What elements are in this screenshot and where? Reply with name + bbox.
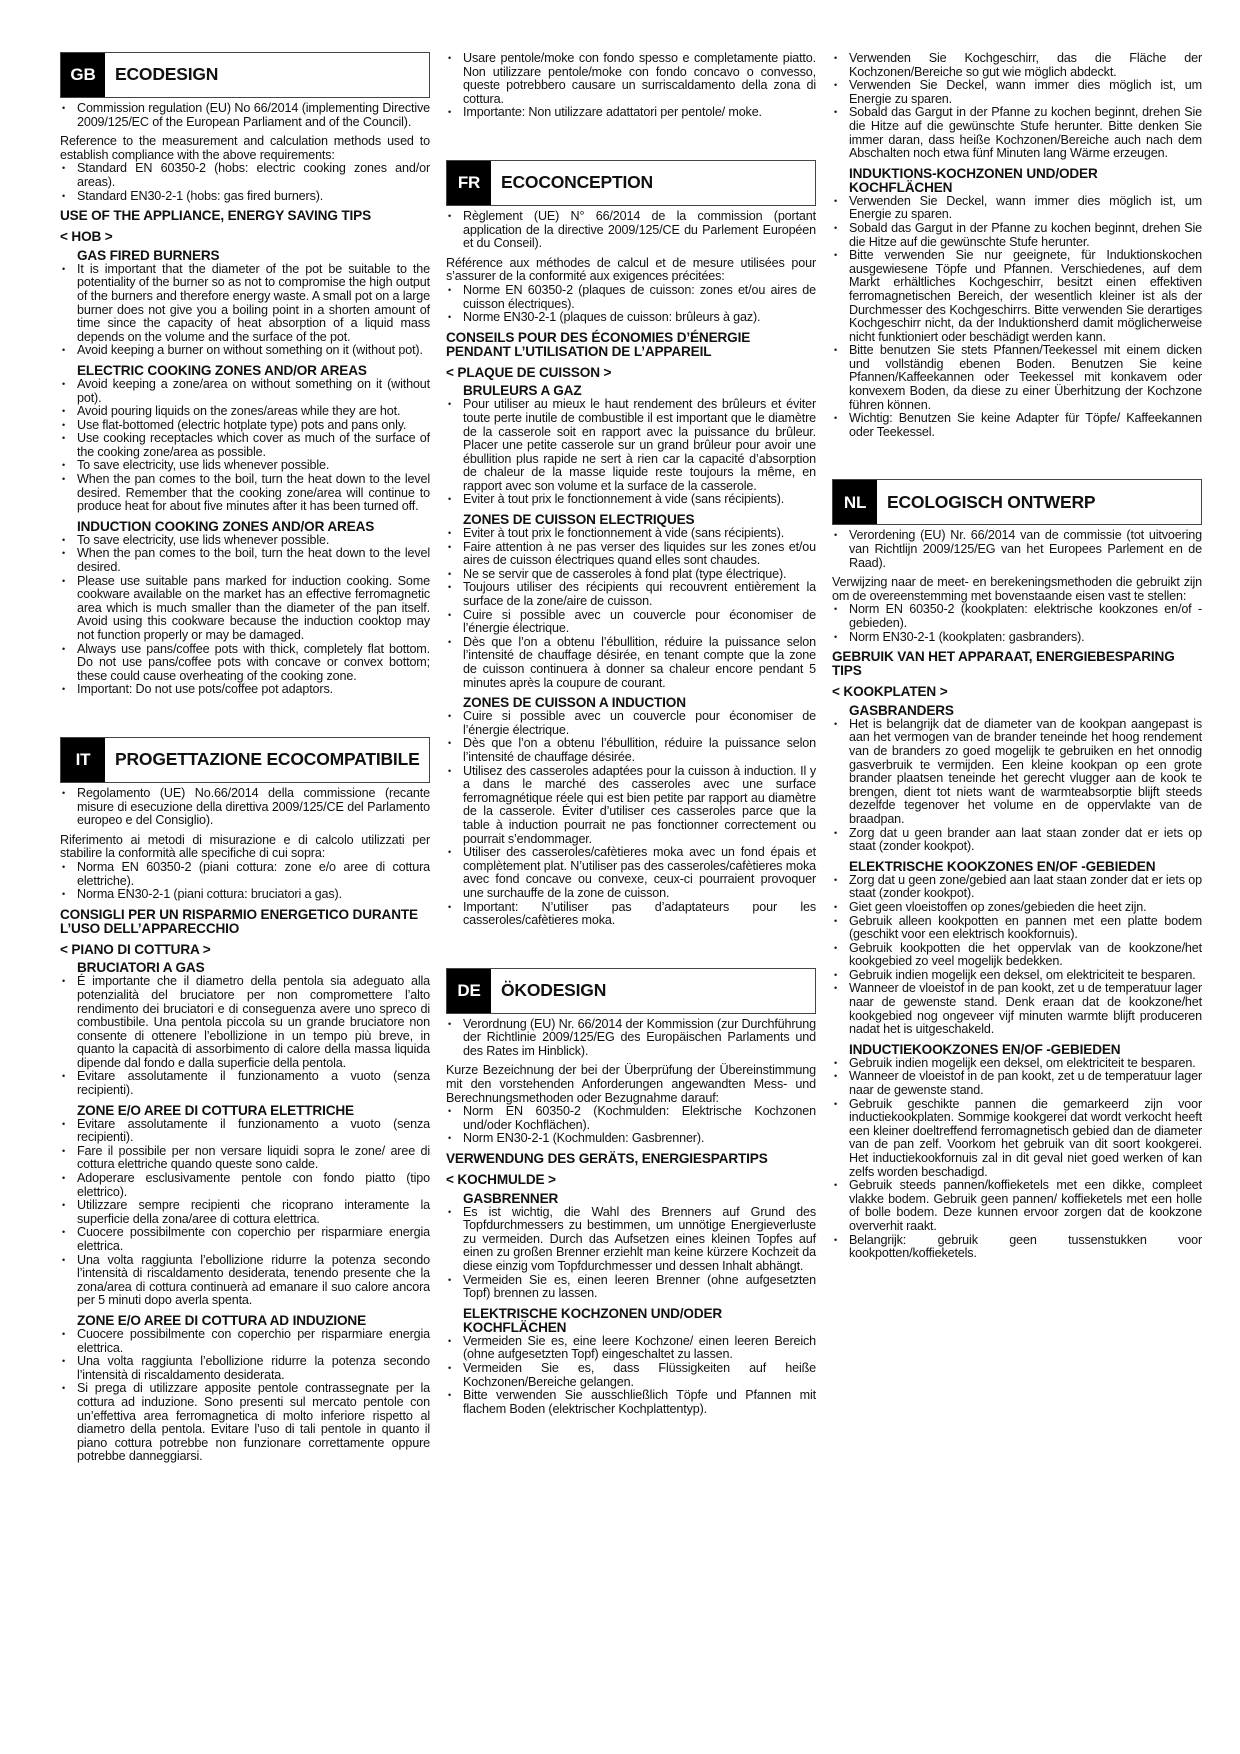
section-fr: FR ECOCONCEPTION Règlement (UE) N° 66/20… — [446, 160, 816, 928]
induction-list: Gebruik indien mogelijk een deksel, om e… — [832, 1057, 1202, 1261]
list-item: Regolamento (UE) No.66/2014 della commis… — [60, 787, 430, 828]
list-item: Usare pentole/moke con fondo spesso e co… — [446, 52, 816, 106]
list-item: Giet geen vloeistoffen op zones/gebieden… — [832, 901, 1202, 915]
list-item: Norm EN 60350-2 (Kochmulden: Elektrische… — [446, 1105, 816, 1132]
induction-list: Cuire si possible avec un couvercle pour… — [446, 710, 816, 928]
standards-list: Standard EN 60350-2 (hobs: electric cook… — [60, 162, 430, 203]
list-item: Important: Do not use pots/coffee pot ad… — [60, 683, 430, 697]
list-item: Sobald das Gargut in der Pfanne zu koche… — [832, 106, 1202, 160]
language-code-badge: DE — [447, 969, 491, 1013]
list-item: Norm EN30-2-1 (kookplaten: gasbranders). — [832, 631, 1202, 645]
language-code-badge: NL — [833, 480, 877, 524]
tips-heading: VERWENDUNG DES GERÄTS, ENERGIESPARTIPS — [446, 1152, 816, 1166]
list-item: Fare il possibile per non versare liquid… — [60, 1145, 430, 1172]
tips-heading: GEBRUIK VAN HET APPARAAT, ENERGIEBESPARI… — [832, 650, 1202, 678]
language-code-badge: IT — [61, 738, 105, 782]
section-nl: NL ECOLOGISCH ONTWERP Verordening (EU) N… — [832, 479, 1202, 1260]
section-title: ÖKODESIGN — [491, 969, 815, 1013]
list-item: Avoid pouring liquids on the zones/areas… — [60, 405, 430, 419]
list-item: Es ist wichtig, die Wahl des Brenners au… — [446, 1206, 816, 1274]
list-item: Norme EN 60350-2 (plaques de cuisson: zo… — [446, 284, 816, 311]
list-item: Cuire si possible avec un couvercle pour… — [446, 609, 816, 636]
list-item: Commission regulation (EU) No 66/2014 (i… — [60, 102, 430, 129]
list-item: Gebruik indien mogelijk een deksel, om e… — [832, 1057, 1202, 1071]
list-item: Norm EN 60350-2 (kookplaten: elektrische… — [832, 603, 1202, 630]
tips-heading: USE OF THE APPLIANCE, ENERGY SAVING TIPS — [60, 209, 430, 223]
list-item: Standard EN 60350-2 (hobs: electric cook… — [60, 162, 430, 189]
list-item: To save electricity, use lids whenever p… — [60, 534, 430, 548]
induction-heading: INDUCTIEKOOKZONES EN/OF -GEBIEDEN — [849, 1043, 1202, 1057]
list-item: Avoid keeping a burner on without someth… — [60, 344, 430, 358]
column-3: Verwenden Sie Kochgeschirr, das die Fläc… — [832, 52, 1202, 1261]
list-item: Vermeiden Sie es, dass Flüssigkeiten auf… — [446, 1362, 816, 1389]
list-item: Gebruik indien mogelijk een deksel, om e… — [832, 969, 1202, 983]
list-item: Pour utiliser au mieux le haut rendement… — [446, 398, 816, 493]
regulation-list: Regolamento (UE) No.66/2014 della commis… — [60, 787, 430, 828]
reference-paragraph: Kurze Bezeichnung der bei der Überprüfun… — [446, 1064, 816, 1105]
gas-heading: GAS FIRED BURNERS — [77, 249, 430, 263]
electric-list: Evitare assolutamente il funzionamento a… — [60, 1118, 430, 1308]
list-item: Faire attention à ne pas verser des liqu… — [446, 541, 816, 568]
induction-heading: ZONE E/O AREE DI COTTURA AD INDUZIONE — [77, 1314, 430, 1328]
list-item: Bitte benutzen Sie stets Pfannen/Teekess… — [832, 344, 1202, 412]
hob-heading: < KOCHMULDE > — [446, 1173, 816, 1187]
list-item: Utilizzare sempre recipienti che ricopra… — [60, 1199, 430, 1226]
electric-heading: ZONE E/O AREE DI COTTURA ELETTRICHE — [77, 1104, 430, 1118]
list-item: Belangrijk: gebruik geen tussenstukken v… — [832, 1234, 1202, 1261]
electric-list: Avoid keeping a zone/area on without som… — [60, 378, 430, 514]
induction-heading: ZONES DE CUISSON A INDUCTION — [463, 696, 816, 710]
section-header-de: DE ÖKODESIGN — [446, 968, 816, 1014]
regulation-list: Verordening (EU) Nr. 66/2014 van de comm… — [832, 529, 1202, 570]
gas-heading: BRULEURS A GAZ — [463, 384, 816, 398]
list-item: Standard EN30-2-1 (hobs: gas fired burne… — [60, 190, 430, 204]
list-item: Evitare assolutamente il funzionamento a… — [60, 1070, 430, 1097]
gas-heading: GASBRANDERS — [849, 704, 1202, 718]
tips-heading: CONSEILS POUR DES ÉCONOMIES D’ÉNERGIE PE… — [446, 331, 816, 359]
electric-list: Eviter à tout prix le fonctionnement à v… — [446, 527, 816, 690]
electric-heading: ZONES DE CUISSON ELECTRIQUES — [463, 513, 816, 527]
section-header-nl: NL ECOLOGISCH ONTWERP — [832, 479, 1202, 525]
gas-list: Pour utiliser au mieux le haut rendement… — [446, 398, 816, 507]
reference-paragraph: Référence aux méthodes de calcul et de m… — [446, 257, 816, 284]
list-item: To save electricity, use lids whenever p… — [60, 459, 430, 473]
list-item: Wanneer de vloeistof in de pan kookt, ze… — [832, 1070, 1202, 1097]
section-title: ECODESIGN — [105, 53, 429, 97]
section-title: ECOCONCEPTION — [491, 161, 815, 205]
electric-list: Vermeiden Sie es, eine leere Kochzone/ e… — [446, 1335, 816, 1417]
list-item: É importante che il diametro della pento… — [60, 975, 430, 1070]
list-item: Use flat-bottomed (electric hotplate typ… — [60, 419, 430, 433]
section-de: DE ÖKODESIGN Verordnung (EU) Nr. 66/2014… — [446, 968, 816, 1417]
list-item: Gebruik geschikte pannen die gemarkeerd … — [832, 1098, 1202, 1180]
list-item: Eviter à tout prix le fonctionnement à v… — [446, 493, 816, 507]
electric-list: Zorg dat u geen zone/gebied aan laat sta… — [832, 874, 1202, 1037]
induction-list: Verwenden Sie Deckel, wann immer dies mö… — [832, 195, 1202, 440]
list-item: Cuire si possible avec un couvercle pour… — [446, 710, 816, 737]
list-item: Bitte verwenden Sie nur geeignete, für I… — [832, 249, 1202, 344]
list-item: It is important that the diameter of the… — [60, 263, 430, 345]
list-item: Una volta raggiunta l’ebollizione ridurr… — [60, 1355, 430, 1382]
list-item: Gebruik alleen kookpotten en pannen met … — [832, 915, 1202, 942]
reference-paragraph: Riferimento ai metodi di misurazione e d… — [60, 834, 430, 861]
list-item: Importante: Non utilizzare adattatori pe… — [446, 106, 816, 120]
list-item: When the pan comes to the boil, turn the… — [60, 547, 430, 574]
list-item: Sobald das Gargut in der Pfanne zu koche… — [832, 222, 1202, 249]
reference-paragraph: Verwijzing naar de meet- en berekeningsm… — [832, 576, 1202, 603]
list-item: Always use pans/coffee pots with thick, … — [60, 643, 430, 684]
section-header-fr: FR ECOCONCEPTION — [446, 160, 816, 206]
list-item: Vermeiden Sie es, einen leeren Brenner (… — [446, 1274, 816, 1301]
list-item: Norm EN30-2-1 (Kochmulden: Gasbrenner). — [446, 1132, 816, 1146]
list-item: Wanneer de vloeistof in de pan kookt, ze… — [832, 982, 1202, 1036]
standards-list: Norma EN 60350-2 (piani cottura: zone e/… — [60, 861, 430, 902]
gas-list: É importante che il diametro della pento… — [60, 975, 430, 1097]
list-item: Avoid keeping a zone/area on without som… — [60, 378, 430, 405]
list-item: Zorg dat u geen zone/gebied aan laat sta… — [832, 874, 1202, 901]
list-item: Règlement (UE) N° 66/2014 de la commissi… — [446, 210, 816, 251]
gas-list: Es ist wichtig, die Wahl des Brenners au… — [446, 1206, 816, 1301]
list-item: Una volta raggiunta l’ebollizione ridurr… — [60, 1254, 430, 1308]
list-item: Si prega di utilizzare apposite pentole … — [60, 1382, 430, 1464]
list-item: Cuocere possibilmente con coperchio per … — [60, 1328, 430, 1355]
list-item: Gebruik steeds pannen/koffieketels met e… — [832, 1179, 1202, 1233]
list-item: Adoperare esclusivamente pentole con fon… — [60, 1172, 430, 1199]
list-item: Norma EN 60350-2 (piani cottura: zone e/… — [60, 861, 430, 888]
list-item: Wichtig: Benutzen Sie keine Adapter für … — [832, 412, 1202, 439]
section-title: PROGETTAZIONE ECOCOMPATIBILE — [105, 738, 429, 782]
list-item: Utilisez des casseroles adaptées pour la… — [446, 765, 816, 847]
list-item: Verwenden Sie Deckel, wann immer dies mö… — [832, 195, 1202, 222]
column-1: GB ECODESIGN Commission regulation (EU) … — [60, 52, 430, 1464]
list-item: Gebruik kookpotten die het oppervlak van… — [832, 942, 1202, 969]
list-item: Norma EN30-2-1 (piani cottura: bruciator… — [60, 888, 430, 902]
hob-heading: < HOB > — [60, 230, 430, 244]
list-item: Verwenden Sie Kochgeschirr, das die Fläc… — [832, 52, 1202, 79]
list-item: Bitte verwenden Sie ausschließlich Töpfe… — [446, 1389, 816, 1416]
list-item: Evitare assolutamente il funzionamento a… — [60, 1118, 430, 1145]
regulation-list: Règlement (UE) N° 66/2014 de la commissi… — [446, 210, 816, 251]
induction-heading: INDUKTIONS-KOCHZONEN UND/ODER KOCHFLÄCHE… — [849, 167, 1202, 195]
hob-heading: < KOOKPLATEN > — [832, 685, 1202, 699]
list-item: Dès que l’on a obtenu l’ébullition, rédu… — [446, 737, 816, 764]
list-item: Zorg dat u geen brander aan laat staan z… — [832, 827, 1202, 854]
induction-list: Cuocere possibilmente con coperchio per … — [60, 1328, 430, 1464]
list-item: Dès que l’on a obtenu l’ébullition, rédu… — [446, 636, 816, 690]
hob-heading: < PIANO DI COTTURA > — [60, 943, 430, 957]
list-item: Verordnung (EU) Nr. 66/2014 der Kommissi… — [446, 1018, 816, 1059]
list-item: Important: N’utiliser pas d’adaptateurs … — [446, 901, 816, 928]
induction-list: To save electricity, use lids whenever p… — [60, 534, 430, 697]
list-item: Verordening (EU) Nr. 66/2014 van de comm… — [832, 529, 1202, 570]
tips-heading: CONSIGLI PER UN RISPARMIO ENERGETICO DUR… — [60, 908, 430, 936]
induction-heading: INDUCTION COOKING ZONES AND/OR AREAS — [77, 520, 430, 534]
hob-heading: < PLAQUE DE CUISSON > — [446, 366, 816, 380]
induction-list-continued: Usare pentole/moke con fondo spesso e co… — [446, 52, 816, 120]
list-item: Eviter à tout prix le fonctionnement à v… — [446, 527, 816, 541]
list-item: Vermeiden Sie es, eine leere Kochzone/ e… — [446, 1335, 816, 1362]
language-code-badge: FR — [447, 161, 491, 205]
electric-heading: ELEKTRISCHE KOOKZONES EN/OF -GEBIEDEN — [849, 860, 1202, 874]
list-item: Verwenden Sie Deckel, wann immer dies mö… — [832, 79, 1202, 106]
gas-heading: GASBRENNER — [463, 1192, 816, 1206]
section-header-gb: GB ECODESIGN — [60, 52, 430, 98]
language-code-badge: GB — [61, 53, 105, 97]
section-title: ECOLOGISCH ONTWERP — [877, 480, 1201, 524]
section-gb: GB ECODESIGN Commission regulation (EU) … — [60, 52, 430, 697]
list-item: Use cooking receptacles which cover as m… — [60, 432, 430, 459]
list-item: Ne se servir que de casseroles à fond pl… — [446, 568, 816, 582]
list-item: Norme EN30-2-1 (plaques de cuisson: brûl… — [446, 311, 816, 325]
list-item: Please use suitable pans marked for indu… — [60, 575, 430, 643]
list-item: When the pan comes to the boil, turn the… — [60, 473, 430, 514]
gas-list: Het is belangrijk dat de diameter van de… — [832, 718, 1202, 854]
standards-list: Norm EN 60350-2 (kookplaten: elektrische… — [832, 603, 1202, 644]
standards-list: Norm EN 60350-2 (Kochmulden: Elektrische… — [446, 1105, 816, 1146]
regulation-list: Verordnung (EU) Nr. 66/2014 der Kommissi… — [446, 1018, 816, 1059]
reference-paragraph: Reference to the measurement and calcula… — [60, 135, 430, 162]
gas-list: It is important that the diameter of the… — [60, 263, 430, 358]
section-it: IT PROGETTAZIONE ECOCOMPATIBILE Regolame… — [60, 737, 430, 1464]
standards-list: Norme EN 60350-2 (plaques de cuisson: zo… — [446, 284, 816, 325]
electric-list-continued: Verwenden Sie Kochgeschirr, das die Fläc… — [832, 52, 1202, 161]
electric-heading: ELEKTRISCHE KOCHZONEN UND/ODER KOCHFLÄCH… — [463, 1307, 816, 1335]
list-item: Cuocere possibilmente con coperchio per … — [60, 1226, 430, 1253]
electric-heading: ELECTRIC COOKING ZONES AND/OR AREAS — [77, 364, 430, 378]
regulation-list: Commission regulation (EU) No 66/2014 (i… — [60, 102, 430, 129]
list-item: Het is belangrijk dat de diameter van de… — [832, 718, 1202, 827]
list-item: Utiliser des casseroles/cafètieres moka … — [446, 846, 816, 900]
list-item: Toujours utiliser des récipients qui rec… — [446, 581, 816, 608]
column-2: Usare pentole/moke con fondo spesso e co… — [446, 52, 816, 1416]
section-header-it: IT PROGETTAZIONE ECOCOMPATIBILE — [60, 737, 430, 783]
